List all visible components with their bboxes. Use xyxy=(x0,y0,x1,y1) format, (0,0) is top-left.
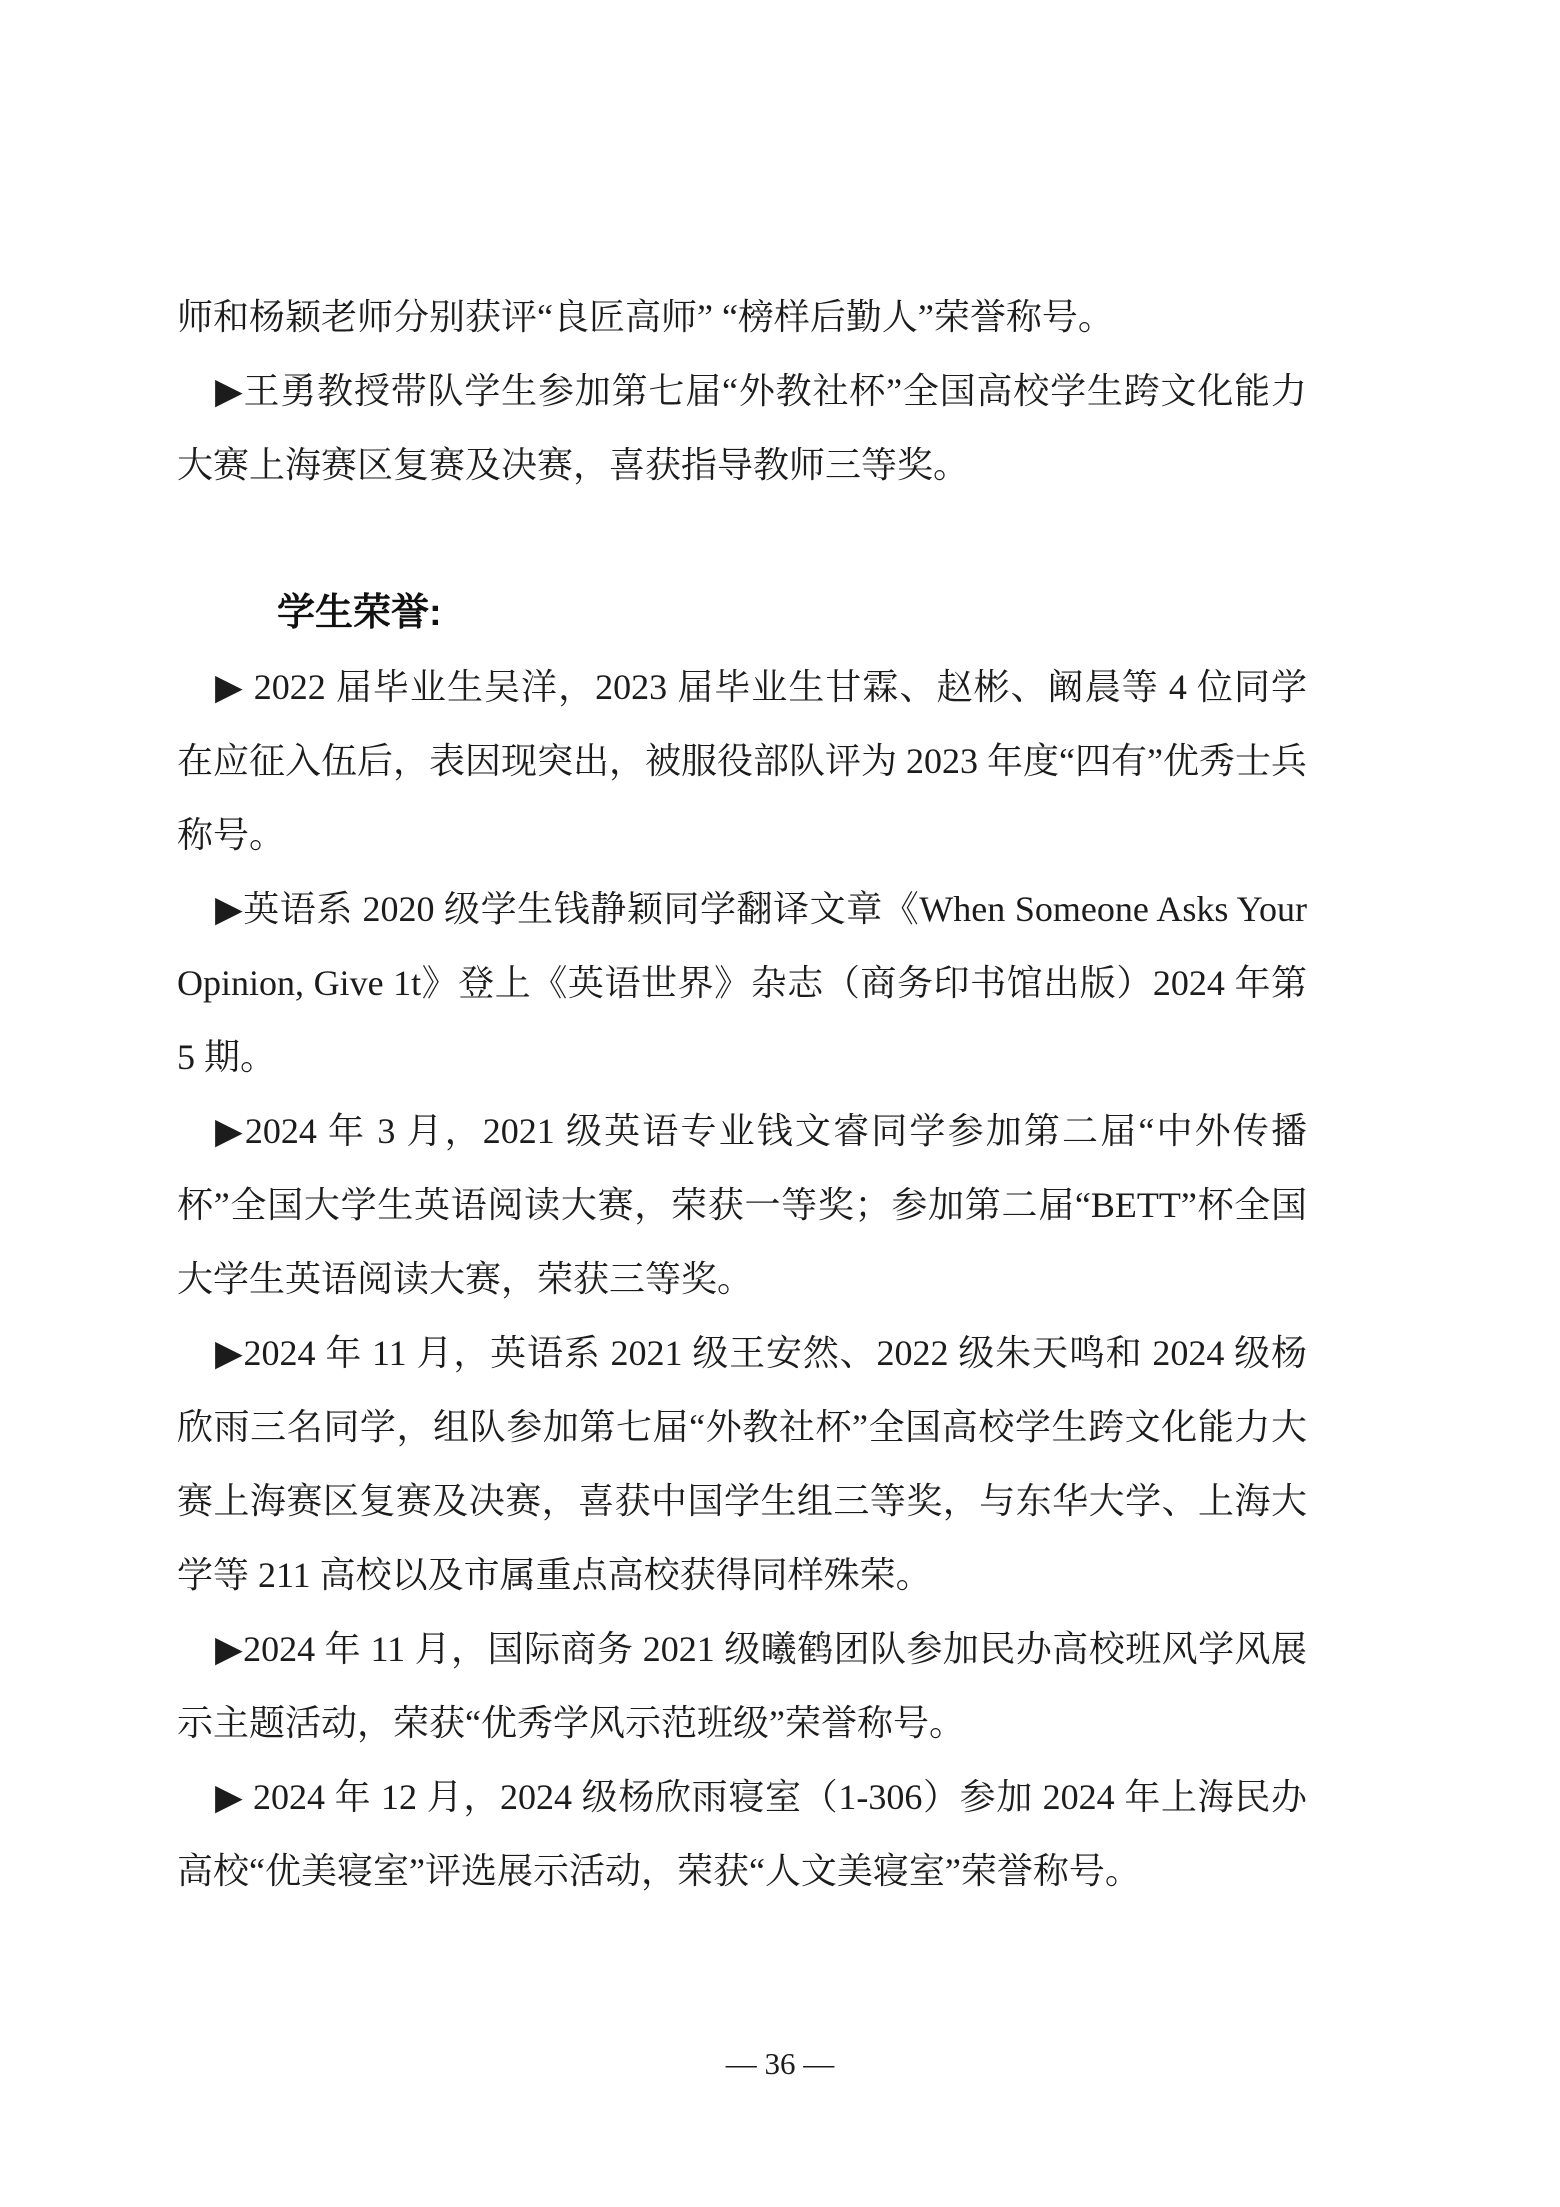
page-number: — 36 — xyxy=(0,2027,1560,2101)
paragraph-student-honor-intercultural-contest: ▶2024 年 11 月，英语系 2021 级王安然、2022 级朱天鸣和 20… xyxy=(177,1316,1307,1612)
page-content: 师和杨颖老师分别获评“良匠高师” “榜样后勤人”荣誉称号。 ▶王勇教授带队学生参… xyxy=(177,0,1307,1908)
paragraph-teacher-honor-wangyong: ▶王勇教授带队学生参加第七届“外教社杯”全国高校学生跨文化能力大赛上海赛区复赛及… xyxy=(177,354,1307,502)
section-heading-student-honors: 学生荣誉: xyxy=(277,576,1307,650)
paragraph-teacher-honor-continuation: 师和杨颖老师分别获评“良匠高师” “榜样后勤人”荣誉称号。 xyxy=(177,280,1307,354)
paragraph-student-honor-class-style: ▶2024 年 11 月，国际商务 2021 级曦鹤团队参加民办高校班风学风展示… xyxy=(177,1612,1307,1760)
paragraph-student-honor-soldiers: ▶ 2022 届毕业生吴洋，2023 届毕业生甘霖、赵彬、阚晨等 4 位同学在应… xyxy=(177,650,1307,872)
paragraph-student-honor-translation: ▶英语系 2020 级学生钱静颖同学翻译文章《When Someone Asks… xyxy=(177,872,1307,1094)
paragraph-student-honor-dormitory: ▶ 2024 年 12 月，2024 级杨欣雨寝室（1-306）参加 2024 … xyxy=(177,1760,1307,1908)
paragraph-student-honor-reading-contest: ▶2024 年 3 月，2021 级英语专业钱文睿同学参加第二届“中外传播杯”全… xyxy=(177,1094,1307,1316)
document-page: 师和杨颖老师分别获评“良匠高师” “榜样后勤人”荣誉称号。 ▶王勇教授带队学生参… xyxy=(0,0,1560,2207)
